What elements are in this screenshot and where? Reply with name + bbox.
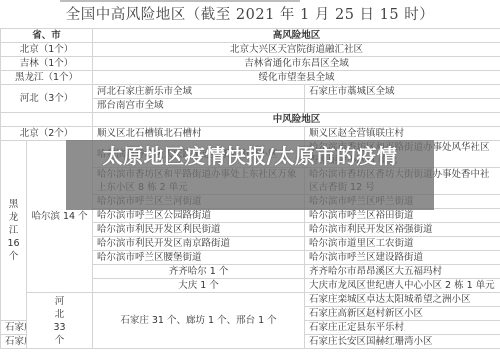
area-cell: 哈尔滨市呼兰区建设路街道 (305, 251, 500, 265)
area-cell: 哈尔滨市呼兰区公园路街道 (93, 209, 305, 223)
area-cell: 哈尔滨市利民开发区利民街道 (93, 223, 305, 237)
province-char: 33 (53, 322, 65, 333)
area-cell: 河北石家庄新乐市全域 (93, 85, 305, 99)
table-row: 河 北 33 个 石家庄 31 个、廊坊 1 个、邢台 1 个 石家庄栾城区卓达… (1, 293, 500, 307)
table-row: 北京（1个） 北京大兴区天宫院街道融汇社区 (1, 43, 500, 57)
area-cell: 大庆市龙凤区世纪唐人中心小区 2 栋 1 单元 (305, 279, 500, 293)
province-char: 北 (55, 309, 65, 320)
province-char: 龙 (9, 212, 19, 223)
area-cell: 石家庄市藁城区全域 (305, 85, 500, 99)
area-cell: 石家庄长安区国赫红珊湾小区 (305, 335, 500, 349)
area-cell: 石家庄高新区赵村新区小区 (305, 307, 500, 321)
area-cell: 哈尔滨市利民开发区裕强街道 (305, 223, 500, 237)
city-cell: 石家庄 31 个、廊坊 1 个、邢台 1 个 (93, 293, 305, 349)
table-row: 吉林（1个） 吉林省通化市东昌区全域 (1, 57, 500, 71)
area-cell: 顺义区赵全营镇联庄村 (305, 127, 500, 141)
province-cell: 北京（1个） (1, 43, 93, 57)
area-cell: 石家庄裕华区众美廊桥四季 A 区 (1, 321, 27, 335)
area-cell: 石家庄正定县东平乐村 (305, 321, 500, 335)
area-cell: 石家庄正定县孔村 (1, 335, 27, 349)
area-cell: 顺义区北石槽镇北石槽村 (93, 127, 305, 141)
province-char: 个 (9, 251, 19, 262)
area-cell: 哈尔滨市利民开发区南京路街道 (93, 237, 305, 251)
table-row: 黑龙江（1个） 绥化市望奎县全域 (1, 71, 500, 85)
headline-text: 太原地区疫情快报/太原市的疫情 (60, 143, 440, 169)
province-cell: 北京（2个） (1, 127, 93, 141)
province-cell: 河北（3个） (1, 85, 93, 113)
area-cell (305, 99, 500, 113)
table-row: 河北（3个） 河北石家庄新乐市全域 石家庄市藁城区全域 (1, 85, 500, 99)
city-cell: 大庆 1 个 (93, 279, 305, 293)
province-char: 河 (55, 296, 65, 307)
area-cell: 哈尔滨市呼兰区裕田街道 (305, 209, 500, 223)
area-cell: 齐齐哈尔市昂昂溪区大五福玛村 (305, 265, 500, 279)
area-cell: 哈尔滨市道里区工农街道 (305, 237, 500, 251)
province-cell: 吉林（1个） (1, 57, 93, 71)
province-cell-heilongjiang: 黑 龙 江 16 个 (1, 141, 27, 321)
section-header-high-risk: 高风险地区 (93, 29, 500, 43)
table-row: 北京（2个） 顺义区北石槽镇北石槽村 顺义区赵全营镇联庄村 (1, 127, 500, 141)
page-title: 全国中高风险地区（截至 2021 年 1 月 25 日 15 时） (0, 3, 500, 27)
province-char: 个 (55, 335, 65, 346)
province-char: 黑 (9, 199, 19, 210)
area-cell: 绥化市望奎县全域 (93, 71, 500, 85)
empty-cell (1, 113, 93, 127)
section-header-medium-risk: 中风险地区 (93, 113, 500, 127)
province-cell-hebei: 河 北 33 个 (27, 293, 93, 349)
area-cell: 哈尔滨市呼兰区腰堡街道 (93, 251, 305, 265)
area-cell: 石家庄栾城区卓达太阳城希望之洲小区 (305, 293, 500, 307)
header-row: 省、市 高风险地区 (1, 29, 500, 43)
province-char: 16 (7, 238, 19, 249)
city-cell: 齐齐哈尔 1 个 (93, 265, 305, 279)
section-row: 中风险地区 (1, 113, 500, 127)
col-header-province: 省、市 (1, 29, 93, 43)
area-cell: 邢台南宫市全域 (93, 99, 305, 113)
province-cell: 黑龙江（1个） (1, 71, 93, 85)
area-cell: 吉林省通化市东昌区全域 (93, 57, 500, 71)
area-cell: 北京大兴区天宫院街道融汇社区 (93, 43, 500, 57)
province-char: 江 (9, 225, 19, 236)
top-scroll-edge (60, 0, 300, 2)
